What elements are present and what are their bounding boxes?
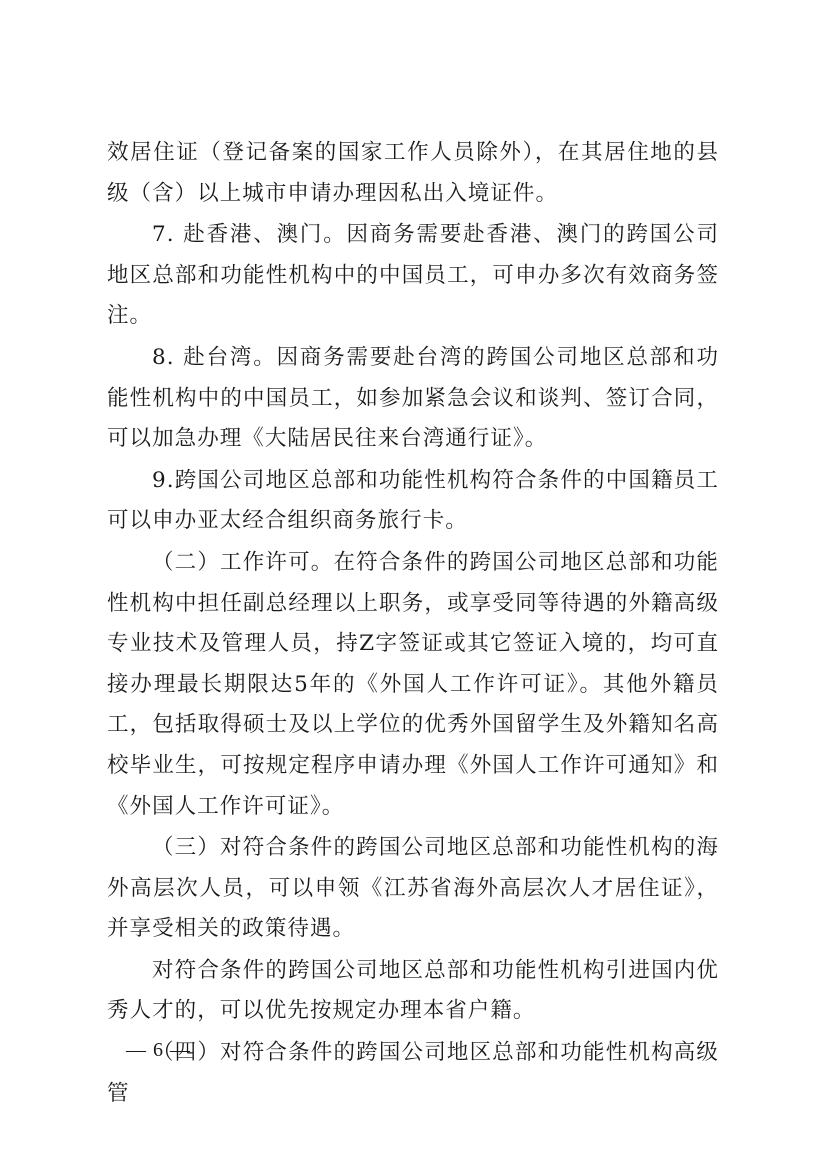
paragraph-section-3-overseas-talent: （三）对符合条件的跨国公司地区总部和功能性机构的海外高层次人员，可以申领《江苏省…	[107, 828, 719, 950]
paragraph-item-9-apec-card: 9.跨国公司地区总部和功能性机构符合条件的中国籍员工可以申办亚太经合组织商务旅行…	[107, 461, 719, 542]
document-body: 效居住证（登记备案的国家工作人员除外），在其居住地的县级（含）以上城市申请办理因…	[107, 133, 719, 1114]
paragraph-item-7-hong-kong-macau: 7. 赴香港、澳门。因商务需要赴香港、澳门的跨国公司地区总部和功能性机构中的中国…	[107, 215, 719, 337]
paragraph-section-4-senior-management: （四）对符合条件的跨国公司地区总部和功能性机构高级管	[107, 1033, 719, 1114]
paragraph-section-2-work-permit: （二）工作许可。在符合条件的跨国公司地区总部和功能性机构中担任副总经理以上职务，…	[107, 543, 719, 827]
paragraph-item-8-taiwan: 8. 赴台湾。因商务需要赴台湾的跨国公司地区总部和功能性机构中的中国员工，如参加…	[107, 338, 719, 460]
document-page: 效居住证（登记备案的国家工作人员除外），在其居住地的县级（含）以上城市申请办理因…	[0, 0, 827, 1169]
paragraph-domestic-talent-hukou: 对符合条件的跨国公司地区总部和功能性机构引进国内优秀人才的，可以优先按规定办理本…	[107, 951, 719, 1032]
page-number: — 6 —	[126, 1036, 191, 1064]
paragraph-residence-permit-continued: 效居住证（登记备案的国家工作人员除外），在其居住地的县级（含）以上城市申请办理因…	[107, 133, 719, 214]
